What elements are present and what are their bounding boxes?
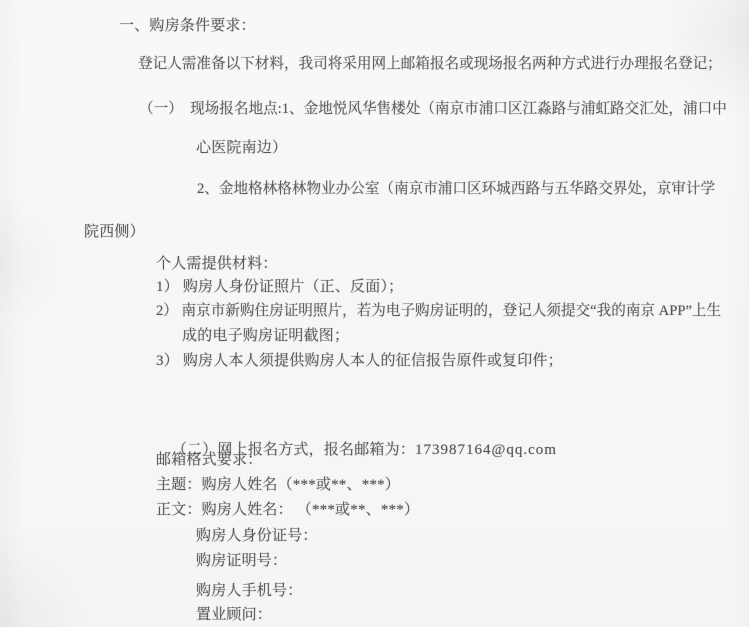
email-format-heading: 邮箱格式要求： (156, 450, 262, 470)
materials-item-3: 3） 购房人本人须提供购房人本人的征信报告原件或复印件； (156, 351, 563, 371)
onsite-location1-line1: （一） 现场报名地点:1、金地悦风华售楼处（南京市浦口区江淼路与浦虹路交汇处，浦… (139, 99, 727, 119)
materials-item-2-line2: 成的电子购房证明截图； (182, 326, 349, 346)
phone-number-label: 购房人手机号： (196, 581, 302, 601)
materials-heading: 个人需提供材料： (156, 254, 278, 274)
email-body-line: 正文：购房人姓名： （***或**、***） (156, 500, 419, 520)
materials-item-2-line1: 2） 南京市新购住房证明照片，若为电子购房证明的，登记人须提交“我的南京 APP… (156, 301, 721, 321)
property-consultant-label: 置业顾问： (196, 605, 272, 625)
onsite-location2-line2: 院西侧） (84, 222, 145, 242)
cert-number-label: 购房证明号： (196, 551, 287, 571)
signup-email-address: 173987164@qq.com (415, 442, 557, 458)
id-number-label: 购房人身份证号： (196, 526, 318, 546)
document-page: 一、购房条件要求： 登记人需准备以下材料，我司将采用网上邮箱报名或现场报名两种方… (0, 0, 749, 627)
section-title-purchase-conditions: 一、购房条件要求： (119, 16, 256, 36)
intro-text: 登记人需准备以下材料，我司将采用网上邮箱报名或现场报名两种方式进行办理报名登记； (138, 54, 722, 74)
materials-item-1: 1） 购房人身份证照片（正、反面）； (156, 277, 403, 297)
onsite-location2-line1: 2、金地格林格林物业办公室（南京市浦口区环城西路与五华路交界处，京审计学 (197, 179, 715, 199)
email-subject-line: 主题：购房人姓名（***或**、***） (156, 475, 400, 495)
onsite-location1-line2: 心医院南边） (196, 138, 287, 158)
